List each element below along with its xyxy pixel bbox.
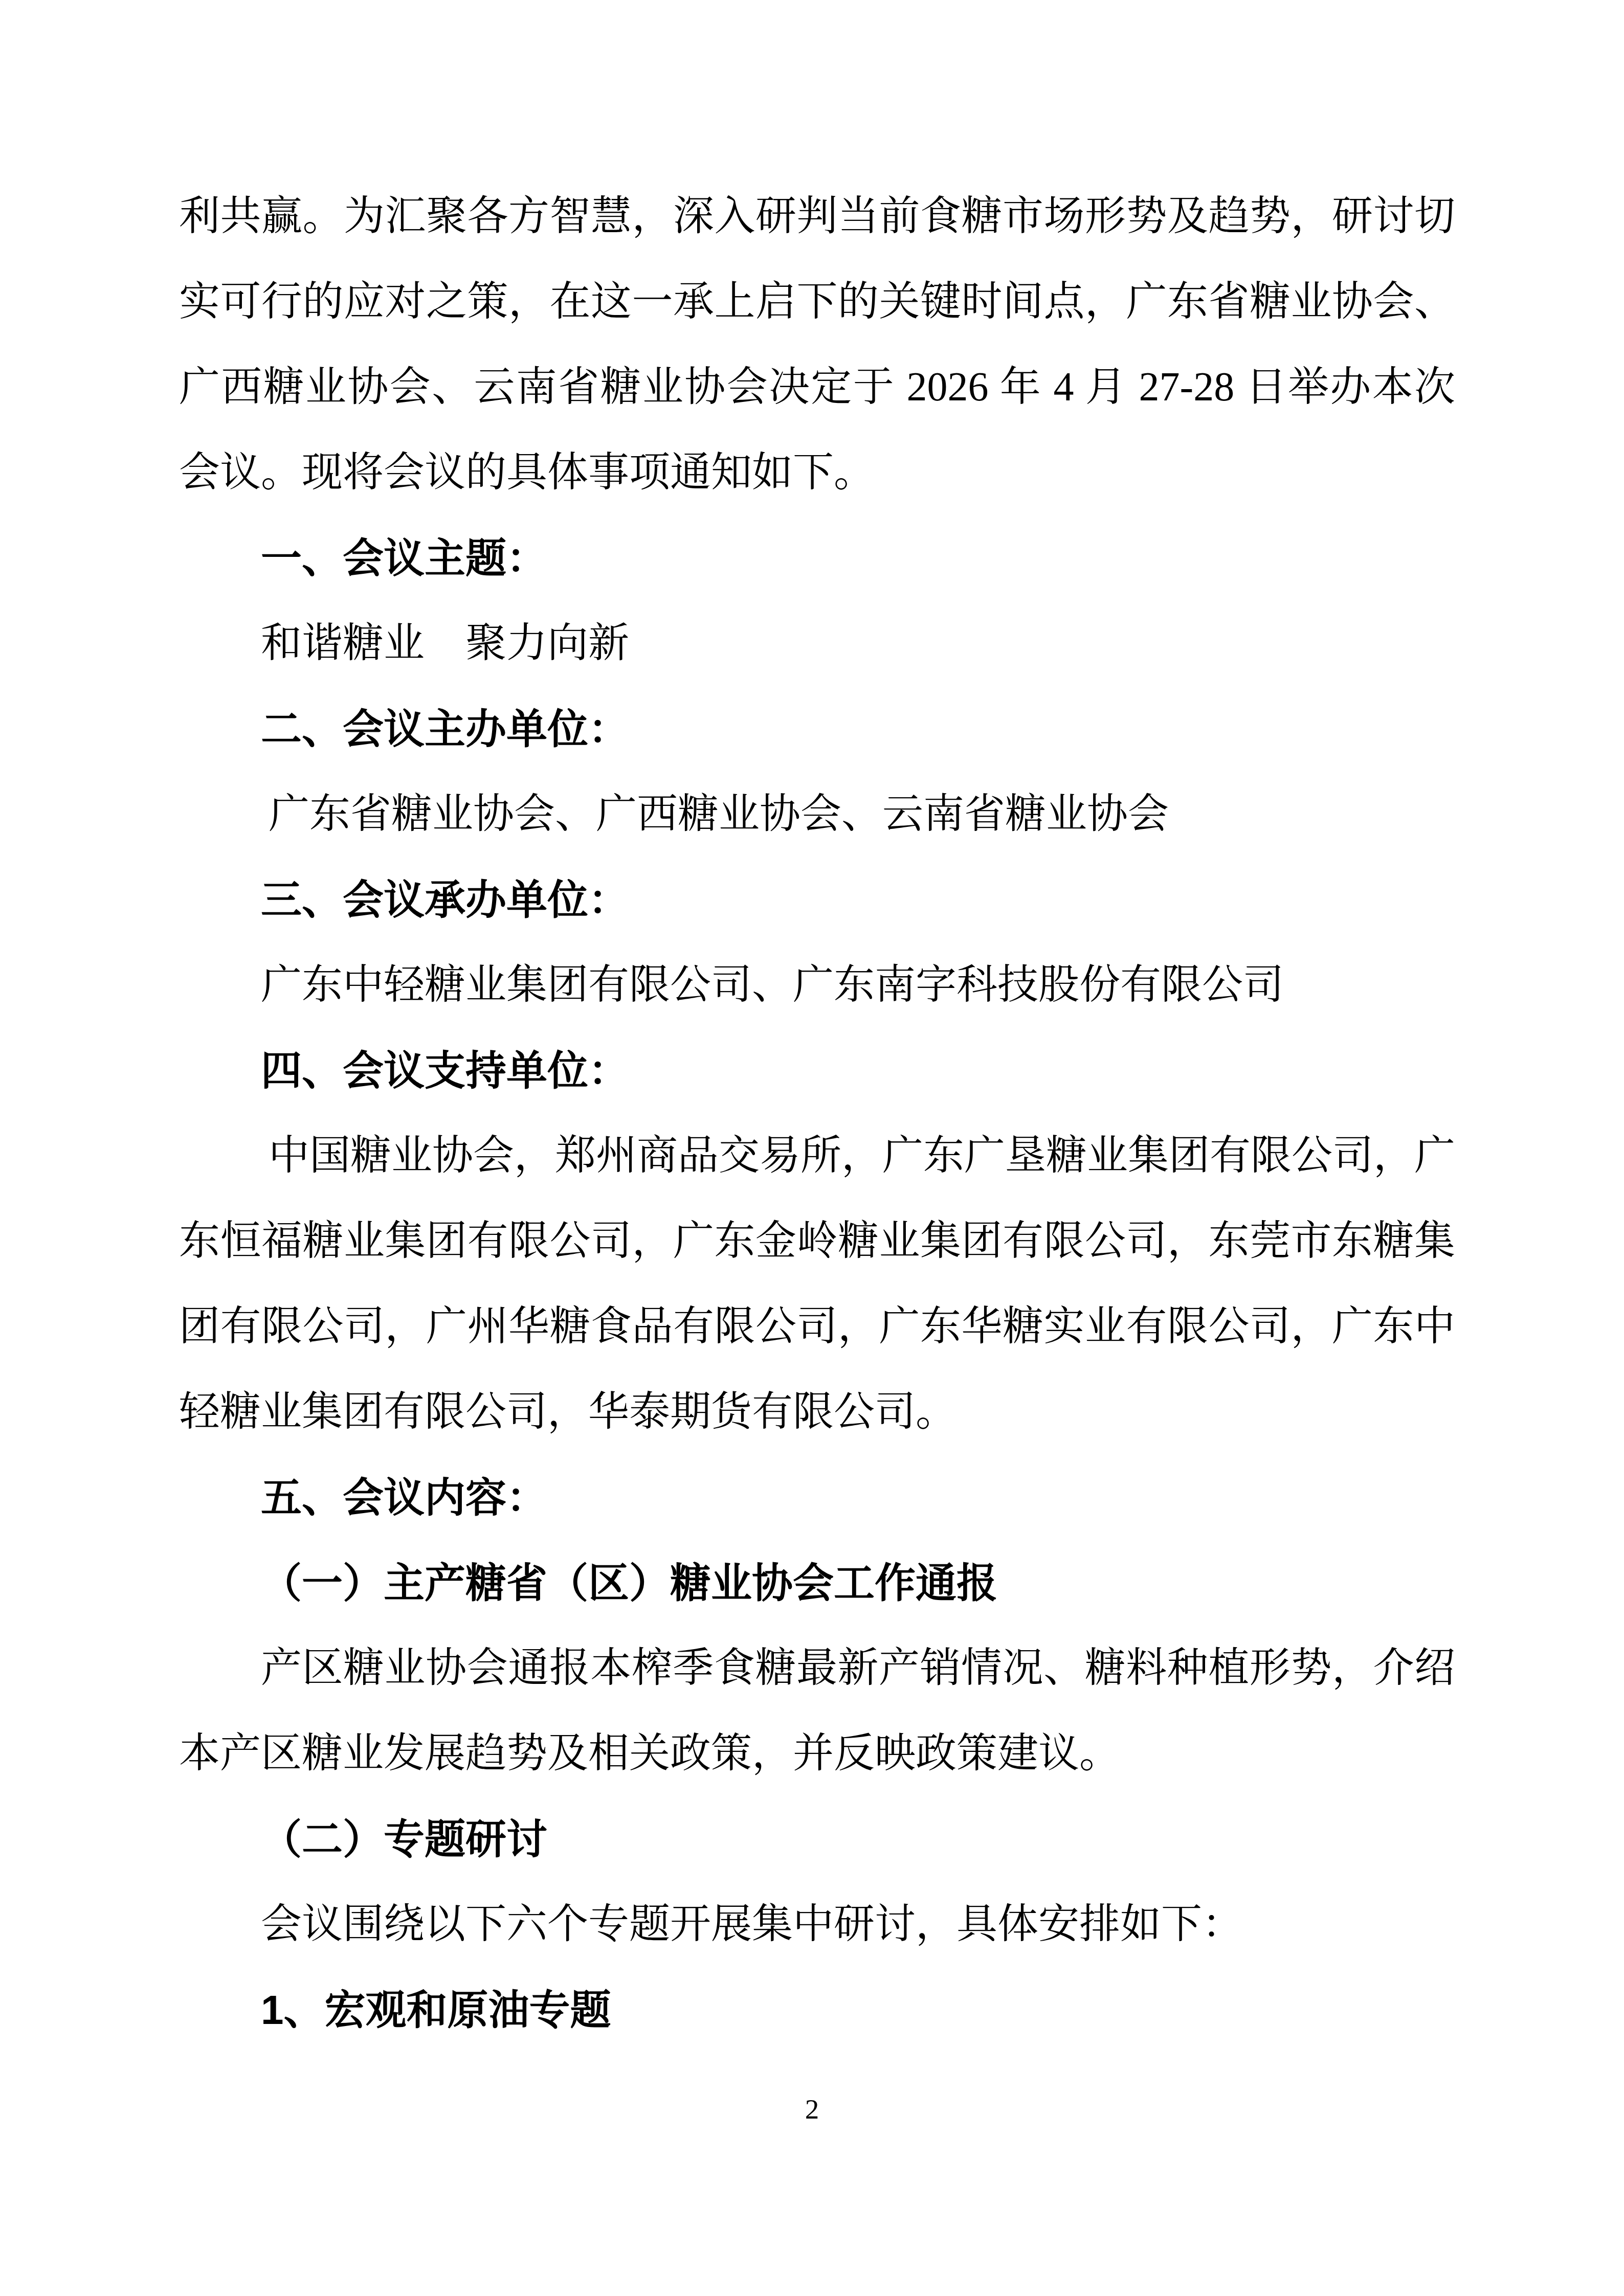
section-heading-2: 二、会议主办单位：	[179, 686, 1455, 772]
document-page: { "lines": [ "利共赢。为汇聚各方智慧，深入研判当前食糖市场形势及趋…	[0, 0, 1624, 2296]
conference-theme: 和谐糖业 聚力向新	[179, 601, 1455, 686]
section-heading-5: 五、会议内容：	[179, 1455, 1455, 1540]
paragraph-line: 实可行的应对之策，在这一承上启下的关键时间点，广东省糖业协会、	[179, 259, 1455, 345]
paragraph-line: 会议围绕以下六个专题开展集中研讨，具体安排如下：	[179, 1882, 1455, 1967]
paragraph-line: 团有限公司，广州华糖食品有限公司，广东华糖实业有限公司，广东中	[179, 1284, 1455, 1369]
section-heading-4: 四、会议支持单位：	[179, 1028, 1455, 1113]
paragraph-line: 中国糖业协会，郑州商品交易所，广东广垦糖业集团有限公司，广	[179, 1113, 1455, 1199]
subsection-heading-2: （二）专题研讨	[179, 1796, 1455, 1882]
host-organizations: 广东省糖业协会、广西糖业协会、云南省糖业协会	[179, 772, 1455, 857]
organizer-companies: 广东中轻糖业集团有限公司、广东南字科技股份有限公司	[179, 942, 1455, 1028]
topic-heading-1: 1、宏观和原油专题	[179, 1967, 1455, 2053]
section-heading-1: 一、会议主题：	[179, 515, 1455, 601]
page-number: 2	[0, 2091, 1624, 2127]
subsection-heading-1: （一）主产糖省（区）糖业协会工作通报	[179, 1540, 1455, 1626]
paragraph-line: 轻糖业集团有限公司，华泰期货有限公司。	[179, 1369, 1455, 1455]
paragraph-line: 利共赢。为汇聚各方智慧，深入研判当前食糖市场形势及趋势，研讨切	[179, 174, 1455, 259]
document-body: 利共赢。为汇聚各方智慧，深入研判当前食糖市场形势及趋势，研讨切 实可行的应对之策…	[179, 174, 1455, 2053]
paragraph-line: 产区糖业协会通报本榨季食糖最新产销情况、糖料种植形势，介绍	[179, 1626, 1455, 1711]
paragraph-line: 广西糖业协会、云南省糖业协会决定于 2026 年 4 月 27-28 日举办本次	[179, 345, 1455, 430]
section-heading-3: 三、会议承办单位：	[179, 857, 1455, 942]
paragraph-line: 会议。现将会议的具体事项通知如下。	[179, 430, 1455, 515]
paragraph-line: 东恒福糖业集团有限公司，广东金岭糖业集团有限公司，东莞市东糖集	[179, 1199, 1455, 1284]
paragraph-line: 本产区糖业发展趋势及相关政策，并反映政策建议。	[179, 1711, 1455, 1796]
